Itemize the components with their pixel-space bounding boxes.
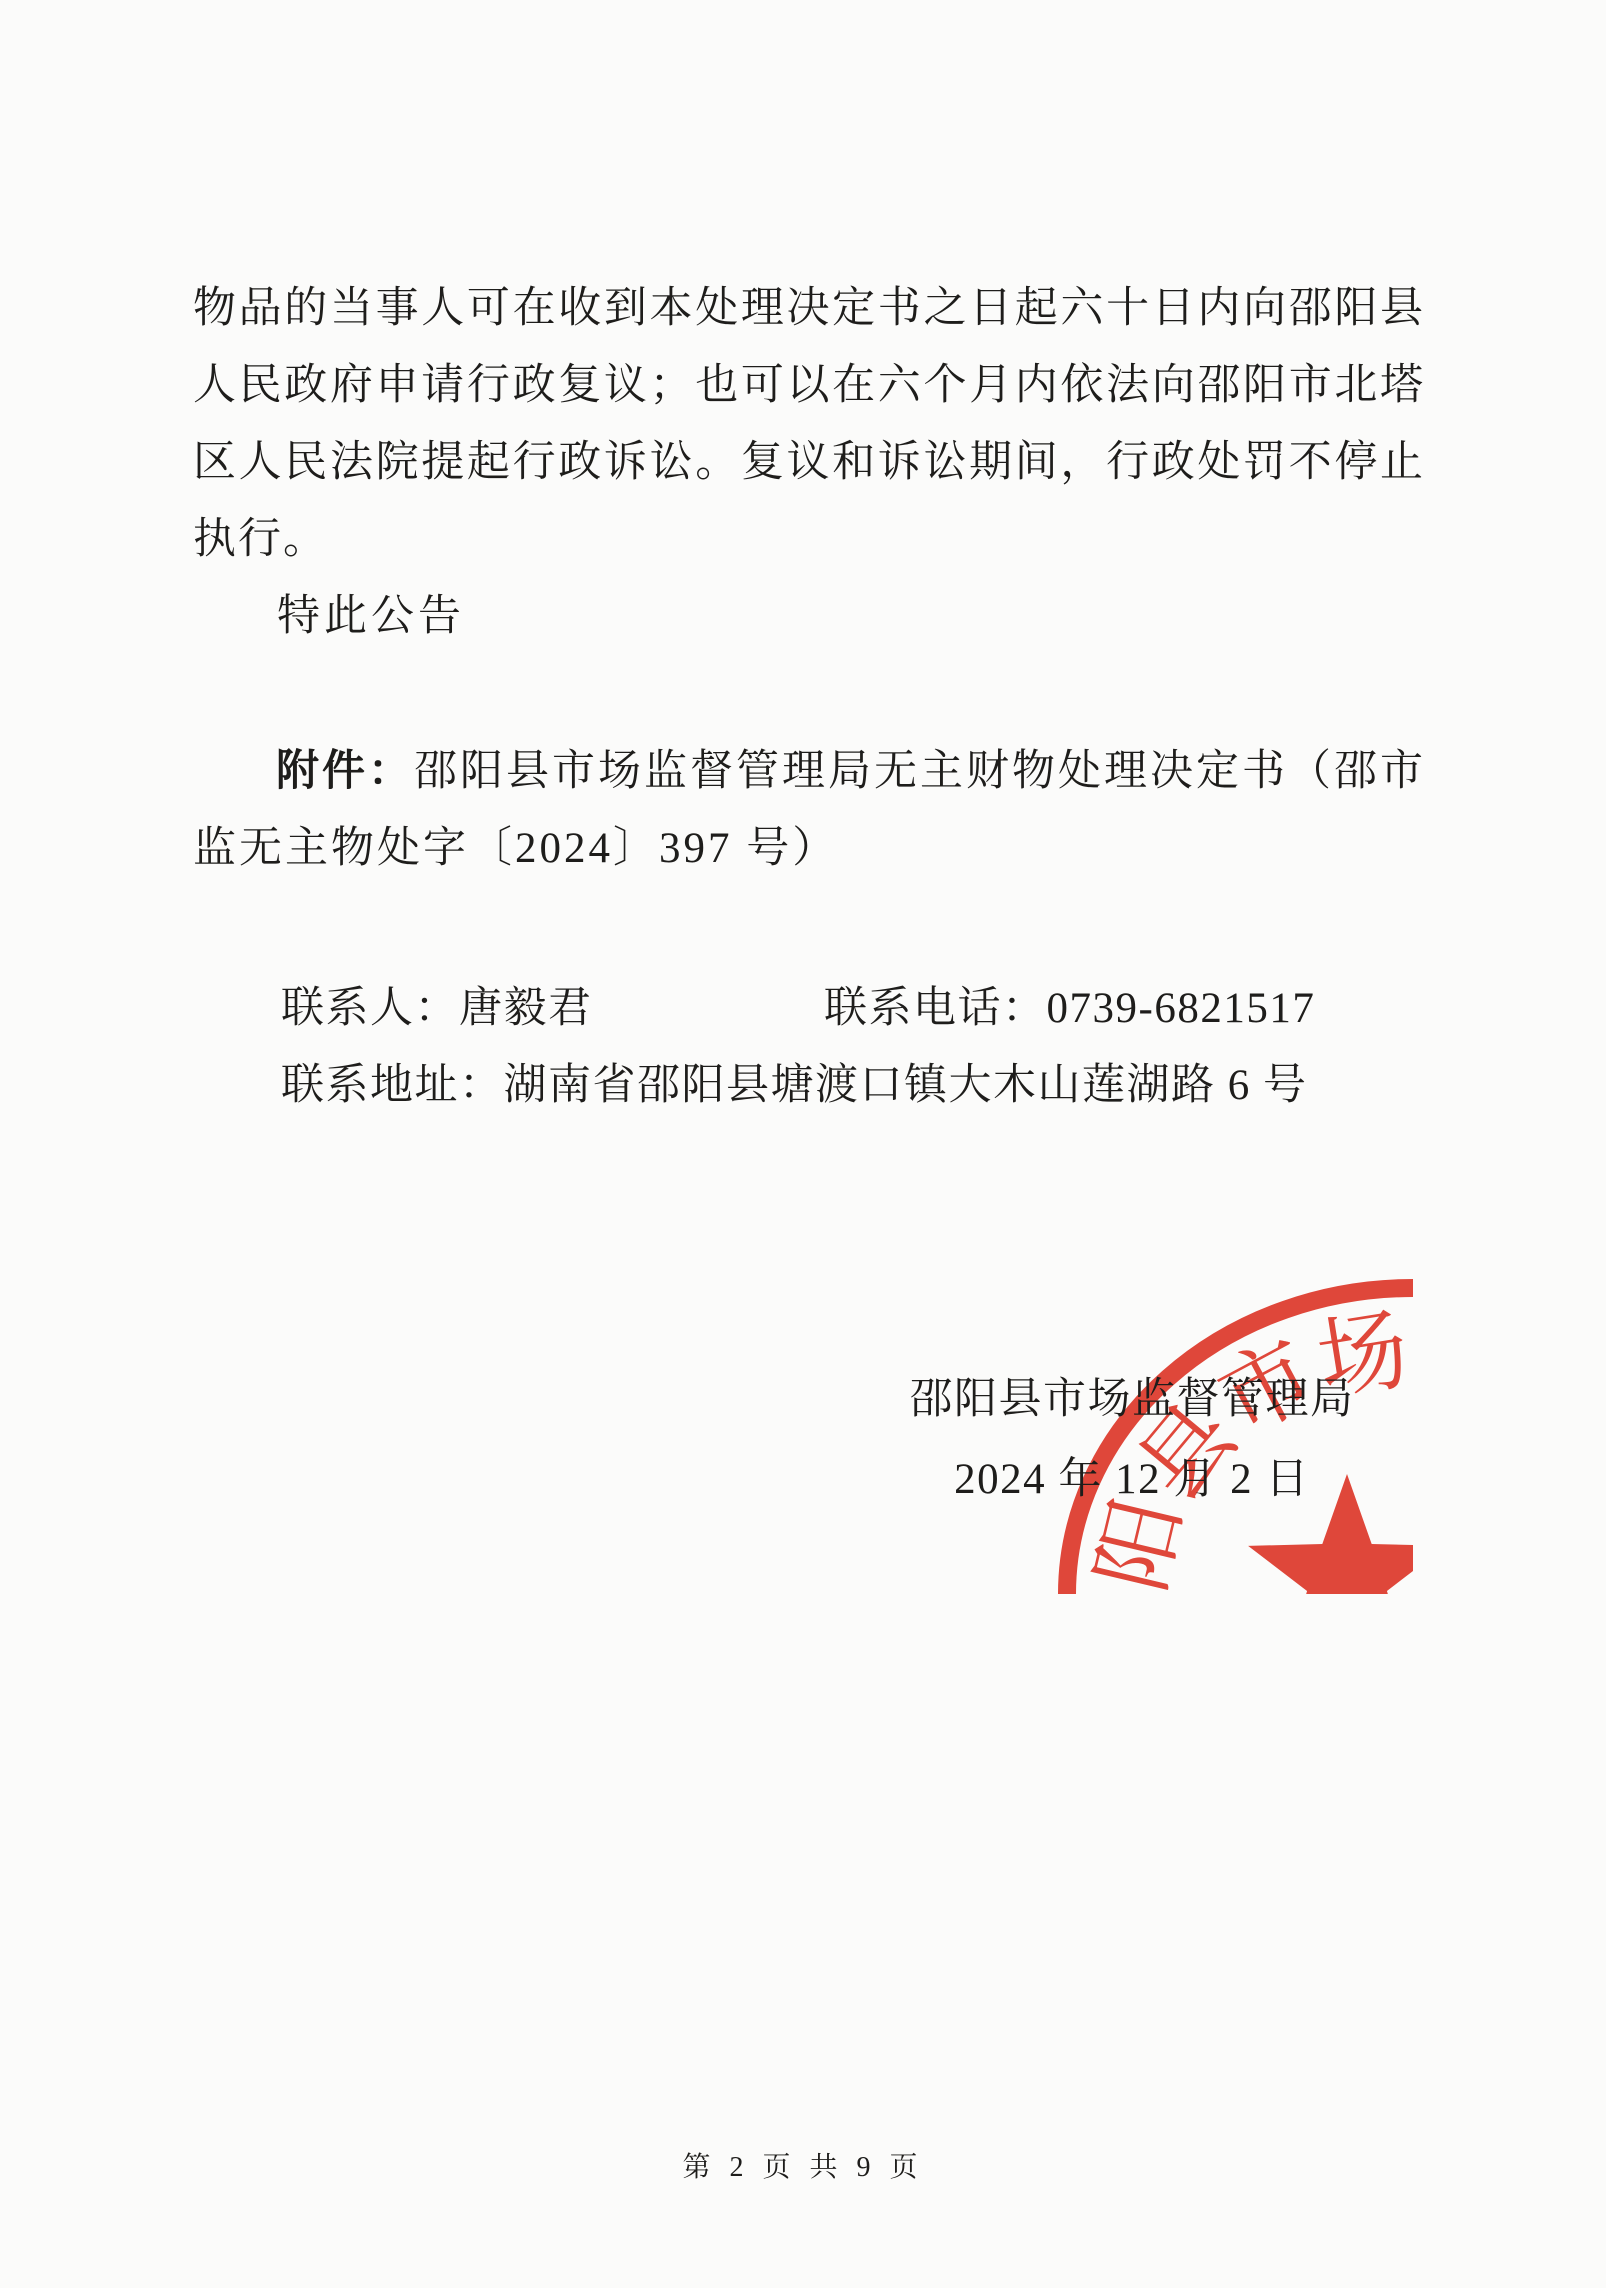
contact-row-2: 联系地址：湖南省邵阳县塘渡口镇大木山莲湖路 6 号 — [193, 1047, 1493, 1124]
attachment-line-2: 监无主物处字〔2024〕397 号） — [193, 810, 1423, 887]
body-line-4: 执行。 — [193, 501, 1423, 578]
closing-phrase: 特此公告 — [193, 578, 1423, 655]
issuing-organization: 邵阳县市场监督管理局 — [907, 1360, 1357, 1440]
attachment-label: 附件： — [276, 747, 414, 795]
body-line-1: 物品的当事人可在收到本处理决定书之日起六十日内向邵阳县 — [193, 270, 1423, 347]
contact-address: 联系地址：湖南省邵阳县塘渡口镇大木山莲湖路 6 号 — [281, 1047, 1308, 1124]
body-line-2: 人民政府申请行政复议；也可以在六个月内依法向邵阳市北塔 — [193, 347, 1423, 424]
contact-block: 联系人：唐毅君 联系电话：0739-6821517 联系地址：湖南省邵阳县塘渡口… — [193, 970, 1493, 1124]
contact-person: 联系人：唐毅君 — [281, 970, 593, 1047]
document-page: 物品的当事人可在收到本处理决定书之日起六十日内向邵阳县 人民政府申请行政复议；也… — [0, 0, 1606, 2288]
body-paragraph: 物品的当事人可在收到本处理决定书之日起六十日内向邵阳县 人民政府申请行政复议；也… — [193, 270, 1423, 655]
contact-row-1: 联系人：唐毅君 联系电话：0739-6821517 — [193, 970, 1493, 1047]
body-line-3: 区人民法院提起行政诉讼。复议和诉讼期间，行政处罚不停止 — [193, 424, 1423, 501]
attachment-line-1: 附件：邵阳县市场监督管理局无主财物处理决定书（邵市 — [193, 733, 1423, 810]
attachment-block: 附件：邵阳县市场监督管理局无主财物处理决定书（邵市 监无主物处字〔2024〕39… — [193, 733, 1423, 887]
page-footer: 第 2 页 共 9 页 — [0, 2145, 1606, 2185]
signature-block: 邵阳县市场监督管理局 2024 年 12 月 2 日 — [907, 1360, 1357, 1520]
attachment-title: 邵阳县市场监督管理局无主财物处理决定书（邵市 — [414, 748, 1423, 795]
contact-phone: 联系电话：0739-6821517 — [824, 970, 1315, 1047]
issue-date: 2024 年 12 月 2 日 — [907, 1440, 1357, 1520]
